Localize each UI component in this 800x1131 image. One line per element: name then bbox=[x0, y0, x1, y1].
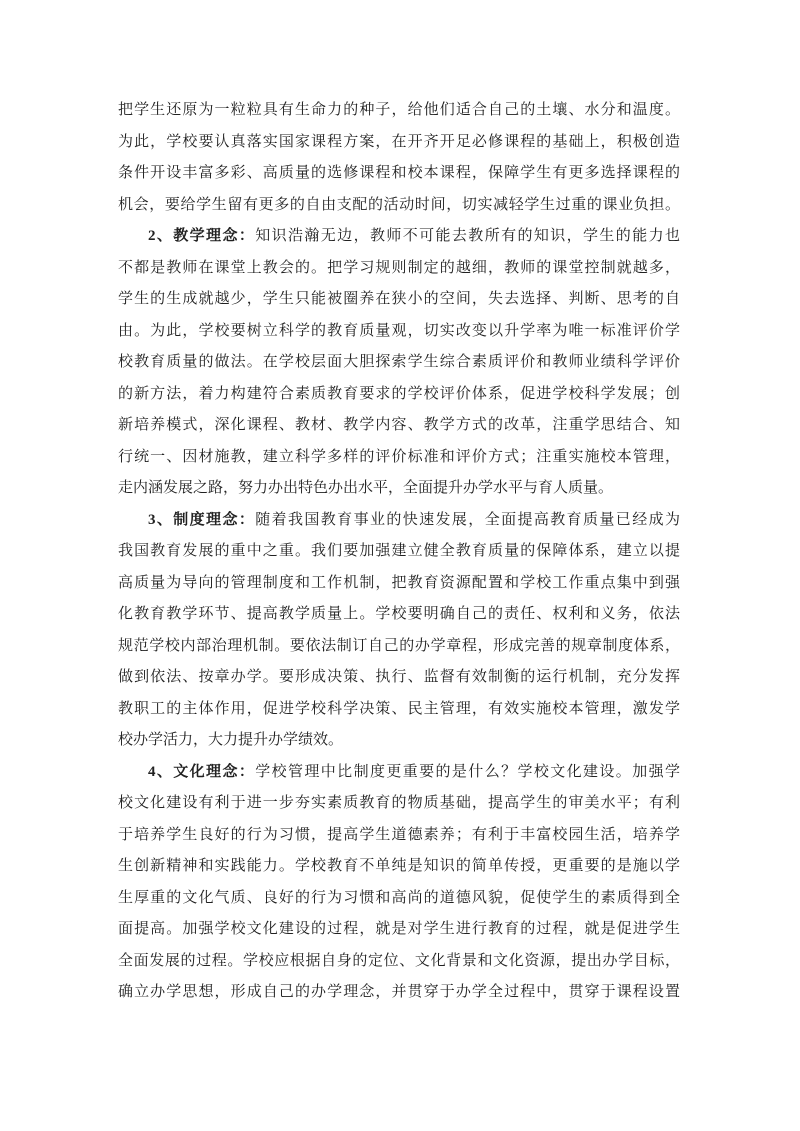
text-line: 2、教学理念：知识浩瀚无边，教师不可能去教所有的知识，学生的能力也 bbox=[118, 221, 680, 253]
section-heading: 4、文化理念： bbox=[148, 764, 255, 780]
section-heading: 2、教学理念： bbox=[148, 228, 255, 244]
text-line: 全面发展的过程。学校应根据自身的定位、文化背景和文化资源，提出办学目标， bbox=[118, 946, 680, 978]
document-page: 把学生还原为一粒粒具有生命力的种子，给他们适合自己的土壤、水分和温度。为此，学校… bbox=[0, 0, 800, 1131]
text-line: 面提高。加强学校文化建设的过程，就是对学生进行教育的过程，就是促进学生 bbox=[118, 914, 680, 946]
text-line: 做到依法、按章办学。要形成决策、执行、监督有效制衡的运行机制，充分发挥 bbox=[118, 662, 680, 694]
text-line: 4、文化理念：学校管理中比制度更重要的是什么？学校文化建设。加强学 bbox=[118, 757, 680, 789]
text-line: 教职工的主体作用，促进学校科学决策、民主管理，有效实施校本管理，激发学 bbox=[118, 694, 680, 726]
text-line: 新培养模式，深化课程、教材、教学内容、教学方式的改革，注重学思结合、知 bbox=[118, 410, 680, 442]
text-line: 化教育教学环节、提高教学质量上。学校要明确自己的责任、权利和义务，依法 bbox=[118, 599, 680, 631]
text-line: 为此，学校要认真落实国家课程方案，在开齐开足必修课程的基础上，积极创造 bbox=[118, 127, 680, 159]
text-line: 校办学活力，大力提升办学绩效。 bbox=[118, 725, 680, 757]
text-line: 3、制度理念：随着我国教育事业的快速发展，全面提高教育质量已经成为 bbox=[118, 505, 680, 537]
text-line: 学生的生成就越少，学生只能被圈养在狭小的空间，失去选择、判断、思考的自 bbox=[118, 284, 680, 316]
text-line: 的新方法，着力构建符合素质教育要求的学校评价体系，促进学校科学发展；创 bbox=[118, 379, 680, 411]
text-line: 校文化建设有利于进一步夯实素质教育的物质基础，提高学生的审美水平；有利 bbox=[118, 788, 680, 820]
text-line: 高质量为导向的管理制度和工作机制，把教育资源配置和学校工作重点集中到强 bbox=[118, 568, 680, 600]
text-line: 生厚重的文化气质、良好的行为习惯和高尚的道德风貌，促使学生的素质得到全 bbox=[118, 883, 680, 915]
section-heading: 3、制度理念： bbox=[148, 512, 255, 528]
text-block: 把学生还原为一粒粒具有生命力的种子，给他们适合自己的土壤、水分和温度。为此，学校… bbox=[118, 95, 680, 1009]
text-line: 行统一、因材施教，建立科学多样的评价标准和评价方式；注重实施校本管理， bbox=[118, 442, 680, 474]
text-line: 确立办学思想，形成自己的办学理念，并贯穿于办学全过程中，贯穿于课程设置 bbox=[118, 977, 680, 1009]
text-line: 走内涵发展之路，努力办出特色办出水平，全面提升办学水平与育人质量。 bbox=[118, 473, 680, 505]
text-line: 由。为此，学校要树立科学的教育质量观，切实改变以升学率为唯一标准评价学 bbox=[118, 316, 680, 348]
text-line: 我国教育发展的重中之重。我们要加强建立健全教育质量的保障体系，建立以提 bbox=[118, 536, 680, 568]
text-line: 条件开设丰富多彩、高质量的选修课程和校本课程，保障学生有更多选择课程的 bbox=[118, 158, 680, 190]
text-line: 生创新精神和实践能力。学校教育不单纯是知识的简单传授，更重要的是施以学 bbox=[118, 851, 680, 883]
text-line: 于培养学生良好的行为习惯，提高学生道德素养；有利于丰富校园生活，培养学 bbox=[118, 820, 680, 852]
text-line: 不都是教师在课堂上教会的。把学习规则制定的越细，教师的课堂控制就越多， bbox=[118, 253, 680, 285]
text-line: 校教育质量的做法。在学校层面大胆探索学生综合素质评价和教师业绩科学评价 bbox=[118, 347, 680, 379]
text-line: 规范学校内部治理机制。要依法制订自己的办学章程，形成完善的规章制度体系， bbox=[118, 631, 680, 663]
text-line: 把学生还原为一粒粒具有生命力的种子，给他们适合自己的土壤、水分和温度。 bbox=[118, 95, 680, 127]
text-line: 机会，要给学生留有更多的自由支配的活动时间，切实减轻学生过重的课业负担。 bbox=[118, 190, 680, 222]
